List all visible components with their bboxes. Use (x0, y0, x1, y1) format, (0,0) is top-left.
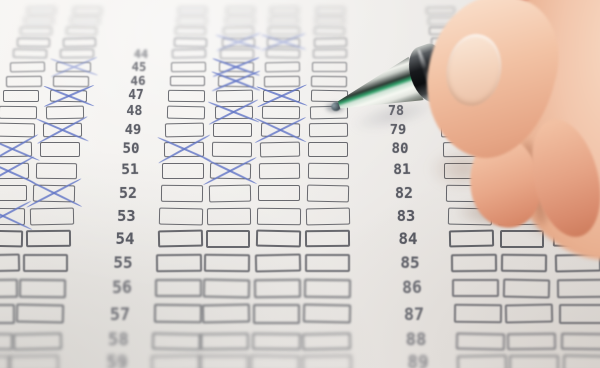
row-number-59: 59 (95, 353, 139, 368)
answer-checkbox (162, 163, 203, 179)
answer-checkbox (429, 27, 460, 35)
row-number-53: 53 (104, 207, 148, 225)
answer-checkbox (456, 332, 505, 350)
answer-checkbox (266, 49, 300, 59)
row-number-85: 85 (388, 253, 432, 273)
answer-checkbox (563, 354, 600, 368)
answer-checkbox (217, 75, 253, 87)
answer-checkbox (0, 278, 18, 297)
answer-checkbox (0, 142, 32, 158)
answer-checkbox (316, 7, 345, 14)
x-mark (219, 38, 258, 47)
answer-checkbox (270, 7, 299, 15)
x-mark (214, 75, 257, 87)
answer-checkbox (164, 142, 204, 158)
answer-checkbox (170, 76, 206, 87)
answer-checkbox (24, 17, 54, 25)
answer-checkbox (53, 75, 89, 86)
x-mark (159, 141, 208, 158)
answer-checkbox (158, 230, 203, 248)
row-number-51: 51 (107, 162, 151, 179)
answer-checkbox (503, 278, 550, 298)
answer-checkbox (172, 49, 206, 59)
x-mark (215, 62, 257, 73)
answer-checkbox (33, 184, 76, 201)
answer-checkbox (301, 355, 351, 368)
answer-checkbox (201, 304, 249, 324)
answer-checkbox (168, 90, 205, 102)
answer-checkbox (559, 304, 600, 323)
answer-checkbox (66, 27, 97, 36)
answer-checkbox (0, 254, 20, 273)
answer-checkbox (212, 142, 252, 158)
answer-checkbox (63, 37, 96, 46)
row-number-47: 47 (114, 88, 158, 103)
answer-checkbox (441, 122, 480, 137)
answer-checkbox (204, 254, 250, 272)
answer-checkbox (207, 207, 251, 224)
x-stroke (208, 99, 258, 126)
answer-checkbox (492, 142, 532, 158)
answer-checkbox (258, 185, 300, 202)
answer-checkbox (203, 278, 250, 298)
answer-checkbox (166, 105, 204, 119)
answer-checkbox (177, 17, 207, 24)
answer-checkbox (250, 354, 300, 368)
answer-checkbox (175, 27, 206, 35)
answer-checkbox (216, 90, 253, 102)
answer-checkbox (488, 105, 526, 118)
answer-checkbox (306, 207, 350, 225)
row-number-48: 48 (112, 104, 156, 119)
answer-checkbox (23, 254, 69, 272)
answer-checkbox (309, 123, 348, 138)
row-number-46: 46 (115, 73, 159, 89)
answer-checkbox (13, 49, 47, 59)
answer-checkbox (262, 105, 300, 118)
row-number-81: 81 (380, 162, 424, 179)
answer-checkbox (257, 207, 301, 224)
answer-checkbox (210, 163, 252, 180)
answer-checkbox (268, 27, 299, 35)
answer-checkbox (452, 279, 499, 298)
x-mark (46, 89, 91, 102)
answer-checkbox (0, 207, 25, 224)
answer-checkbox (451, 254, 497, 272)
answer-checkbox (505, 304, 553, 324)
answer-checkbox (155, 279, 202, 298)
row-number-87: 87 (392, 303, 436, 323)
answer-checkbox (20, 27, 51, 35)
x-mark (39, 122, 87, 138)
answer-checkbox (0, 332, 13, 349)
answer-checkbox (454, 304, 502, 324)
row-number-57: 57 (98, 303, 142, 323)
answer-checkbox (156, 254, 202, 272)
answer-checkbox (305, 230, 350, 248)
answer-checkbox (17, 38, 50, 47)
answer-checkbox (19, 278, 66, 297)
answer-checkbox (26, 230, 71, 248)
answer-checkbox (259, 163, 300, 179)
answer-checkbox (161, 184, 204, 201)
answer-checkbox (0, 163, 30, 179)
answer-checkbox (260, 142, 300, 158)
answer-checkbox (150, 354, 200, 368)
answer-checkbox (314, 37, 347, 46)
row-number-50: 50 (109, 141, 153, 158)
answer-checkbox (307, 184, 350, 201)
answer-checkbox (200, 332, 249, 349)
row-number-82: 82 (382, 184, 426, 202)
answer-checkbox (269, 17, 299, 25)
answer-checkbox (222, 38, 255, 47)
answer-checkbox (547, 163, 588, 179)
answer-checkbox (543, 122, 582, 137)
answer-checkbox (0, 304, 15, 323)
answer-checkbox (536, 75, 572, 86)
answer-checkbox (539, 90, 576, 102)
answer-checkbox (264, 75, 300, 86)
answer-checkbox (10, 62, 45, 73)
row-number-80: 80 (378, 141, 422, 158)
answer-checkbox (0, 230, 22, 248)
answer-checkbox (36, 163, 77, 179)
answer-checkbox (152, 332, 201, 350)
answer-checkbox (303, 304, 351, 324)
row-number-55: 55 (101, 253, 145, 273)
answer-checkbox (313, 49, 347, 59)
answer-checkbox (49, 90, 86, 102)
x-mark (259, 90, 304, 102)
x-mark (206, 162, 257, 181)
answer-checkbox (428, 17, 458, 24)
fingertip-shadow-right (522, 208, 600, 240)
answer-checkbox (174, 37, 207, 46)
photo-answer-sheet: Close-up photograph of a hand holding a … (0, 0, 600, 368)
answer-checkbox (253, 278, 300, 297)
answer-checkbox (40, 142, 80, 157)
answer-checkbox (267, 38, 300, 47)
x-stroke (37, 116, 88, 145)
answer-checkbox (474, 7, 503, 14)
answer-checkbox (549, 185, 591, 202)
answer-checkbox (254, 254, 300, 273)
x-mark (264, 38, 303, 47)
row-number-84: 84 (386, 229, 430, 248)
answer-checkbox (561, 332, 600, 349)
answer-checkbox (439, 105, 477, 119)
answer-checkbox (251, 332, 300, 349)
answer-checkbox (494, 163, 536, 180)
answer-checkbox (509, 355, 559, 368)
answer-checkbox (43, 123, 82, 138)
answer-checkbox (457, 354, 507, 368)
row-number-86: 86 (390, 277, 434, 297)
answer-checkbox (305, 254, 351, 272)
answer-checkbox (304, 278, 351, 297)
answer-checkbox (426, 7, 455, 14)
answer-checkbox (16, 304, 64, 324)
answer-checkbox (60, 49, 94, 59)
answer-checkbox (13, 332, 62, 350)
answer-checkbox (315, 17, 345, 25)
answer-checkbox (261, 122, 300, 137)
answer-checkbox (215, 105, 253, 118)
answer-checkbox (73, 7, 102, 14)
answer-checkbox (557, 278, 600, 297)
answer-checkbox (486, 90, 523, 102)
answer-checkbox (263, 90, 300, 102)
answer-checkbox (153, 304, 201, 324)
x-mark (28, 183, 80, 203)
row-number-83: 83 (384, 207, 428, 225)
answer-checkbox (490, 123, 529, 137)
answer-checkbox (225, 17, 255, 25)
answer-checkbox (46, 105, 84, 119)
answer-checkbox (314, 27, 345, 36)
answer-checkbox (449, 230, 494, 248)
answer-checkbox (223, 27, 254, 36)
answer-checkbox (545, 142, 585, 158)
answer-checkbox (171, 62, 206, 72)
row-number-56: 56 (99, 277, 143, 297)
answer-checkbox (501, 254, 547, 272)
answer-checkbox (178, 7, 207, 14)
answer-checkbox (219, 62, 254, 72)
answer-checkbox (311, 75, 347, 86)
x-mark (210, 105, 256, 120)
row-number-88: 88 (394, 330, 438, 350)
answer-checkbox (302, 332, 351, 350)
x-mark (53, 62, 95, 72)
x-mark (257, 122, 305, 139)
answer-checkbox (555, 254, 600, 273)
answer-checkbox (209, 184, 252, 201)
row-number-89: 89 (396, 353, 440, 368)
answer-checkbox (308, 142, 348, 157)
row-number-58: 58 (96, 330, 140, 350)
answer-checkbox (541, 105, 579, 118)
answer-checkbox (159, 207, 203, 225)
answer-checkbox (56, 62, 91, 72)
answer-checkbox (226, 7, 255, 14)
answer-checkbox (6, 75, 42, 86)
answer-checkbox (3, 90, 40, 102)
answer-checkbox (70, 17, 100, 25)
answer-checkbox (213, 123, 252, 137)
answer-checkbox (0, 185, 27, 202)
answer-checkbox (308, 163, 349, 179)
x-mark (0, 162, 34, 180)
answer-checkbox (507, 332, 556, 349)
answer-checkbox (253, 304, 301, 323)
x-stroke (257, 84, 307, 108)
answer-checkbox (9, 355, 59, 368)
answer-checkbox (0, 122, 35, 137)
answer-checkbox (165, 122, 204, 137)
thumb-shadow (428, 148, 500, 190)
answer-checkbox (206, 230, 251, 247)
answer-checkbox (199, 355, 249, 368)
answer-checkbox (27, 7, 56, 15)
answer-checkbox (256, 230, 301, 248)
x-mark (0, 206, 30, 225)
answer-checkbox (265, 62, 300, 73)
answer-checkbox (220, 49, 254, 58)
answer-checkbox (312, 62, 347, 72)
answer-checkbox (0, 105, 37, 118)
row-number-54: 54 (103, 229, 147, 248)
row-number-49: 49 (111, 121, 155, 137)
row-number-52: 52 (106, 184, 150, 202)
answer-checkbox (29, 207, 73, 225)
